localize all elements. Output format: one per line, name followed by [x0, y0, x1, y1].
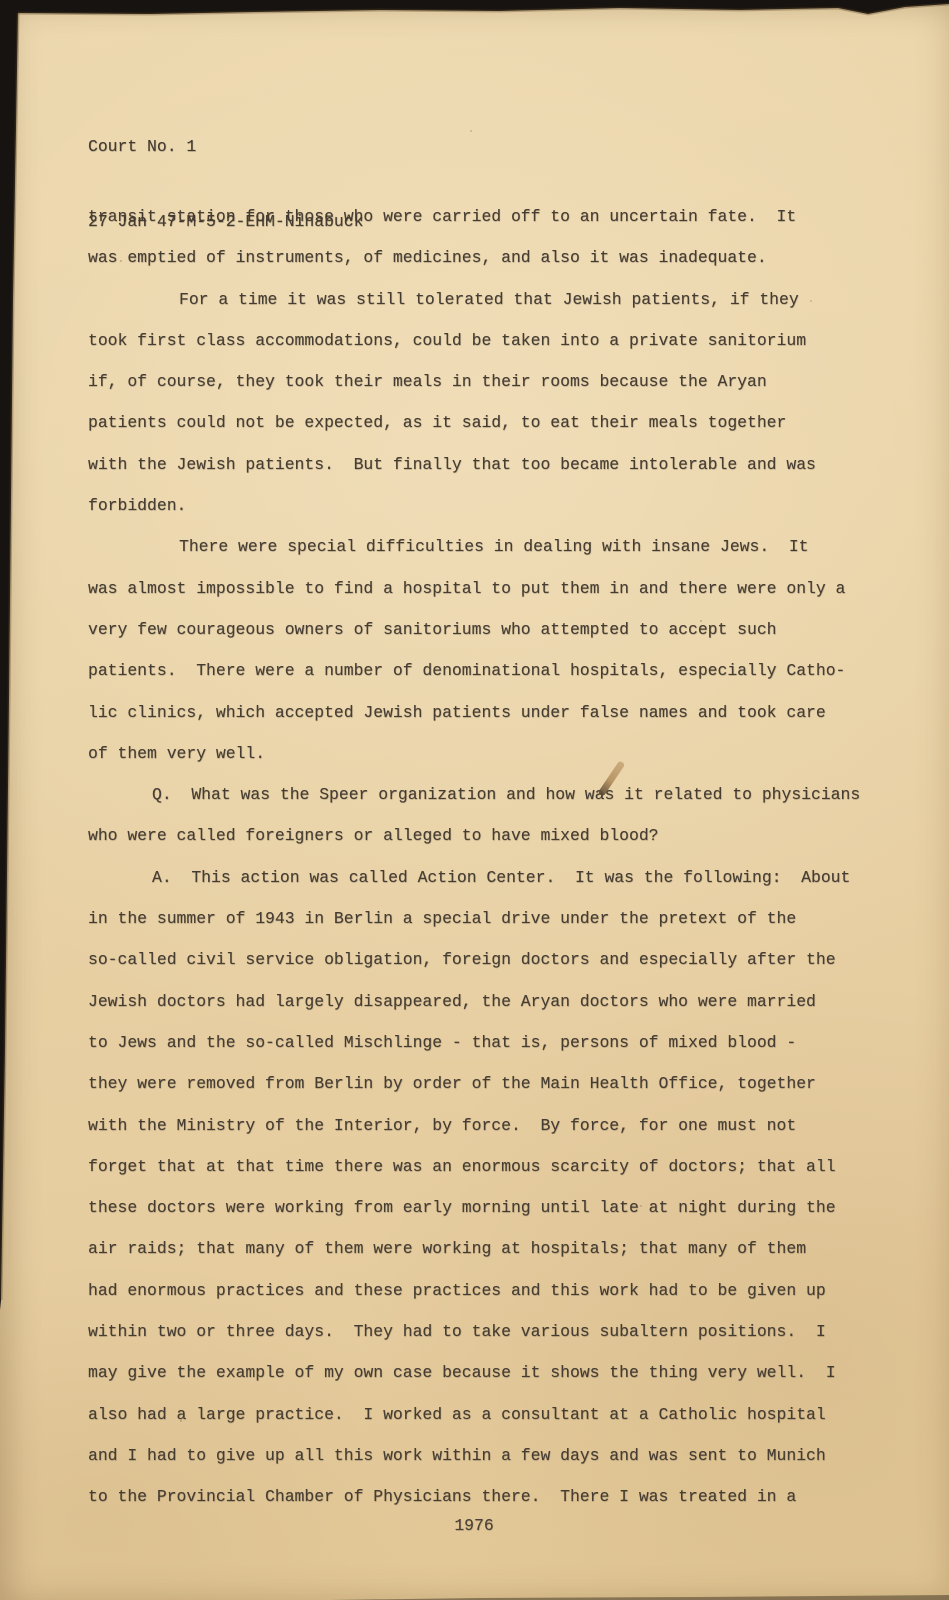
scanned-document-page: Court No. 1 27 Jan 47-M-5-2-EHM-Ninabuck… [0, 0, 949, 1600]
header-court-line: Court No. 1 [88, 134, 363, 159]
page-number: 1976 [88, 1516, 860, 1535]
paper-specks [0, 0, 2, 2]
paragraph-continuation: transit station for those who were carri… [88, 196, 888, 279]
paragraph: For a time it was still tolerated that J… [88, 279, 888, 527]
transcript-body: transit station for those who were carri… [88, 196, 888, 1518]
paper-sheet: Court No. 1 27 Jan 47-M-5-2-EHM-Ninabuck… [0, 0, 949, 1600]
answer-paragraph: A. This action was called Action Center.… [88, 857, 888, 1518]
paragraph: There were special difficulties in deali… [88, 526, 888, 774]
question-paragraph: Q. What was the Speer organization and h… [88, 774, 888, 857]
